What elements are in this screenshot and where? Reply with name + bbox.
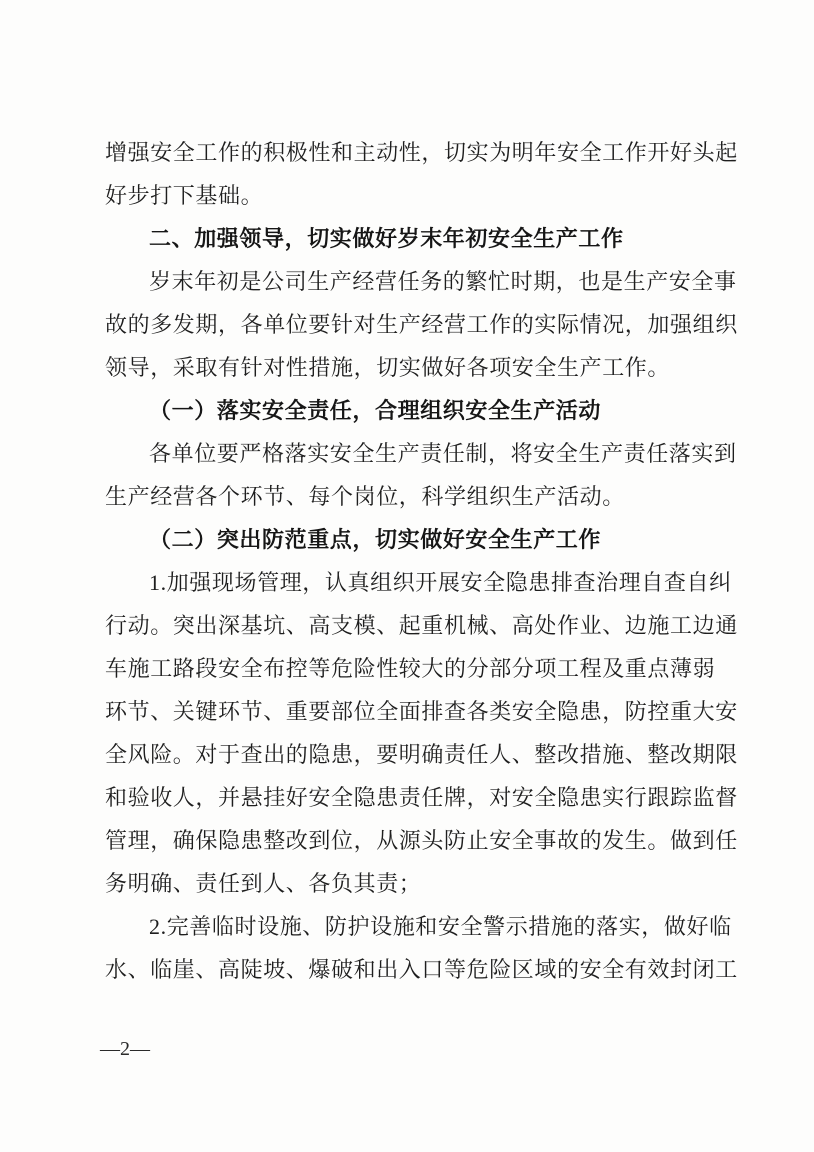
text-line: 全风险。对于查出的隐患，要明确责任人、整改措施、整改期限 [105,733,741,776]
text-line: 生产经营各个环节、每个岗位，科学组织生产活动。 [105,475,741,518]
text-line: 行动。突出深基坑、高支模、起重机械、高处作业、边施工边通 [105,604,741,647]
text-line: 领导，采取有针对性措施，切实做好各项安全生产工作。 [105,346,741,389]
text-line: 好步打下基础。 [105,174,741,217]
document-body: 增强安全工作的积极性和主动性，切实为明年安全工作开好头起好步打下基础。二、加强领… [105,131,741,991]
text-line: 车施工路段安全布控等危险性较大的分部分项工程及重点薄弱 [105,647,741,690]
heading-block: （一）落实安全责任，合理组织安全生产活动 [105,389,741,432]
heading-line: （一）落实安全责任，合理组织安全生产活动 [105,389,741,432]
heading-block: （二）突出防范重点，切实做好安全生产工作 [105,518,741,561]
text-line: 2.完善临时设施、防护设施和安全警示措施的落实，做好临 [105,905,741,948]
paragraph-block: 各单位要严格落实安全生产责任制，将安全生产责任落实到生产经营各个环节、每个岗位，… [105,432,741,518]
paragraph-block: 增强安全工作的积极性和主动性，切实为明年安全工作开好头起好步打下基础。 [105,131,741,217]
text-line: 环节、关键环节、重要部位全面排查各类安全隐患，防控重大安 [105,690,741,733]
text-line: 管理，确保隐患整改到位，从源头防止安全事故的发生。做到任 [105,819,741,862]
heading-line: （二）突出防范重点，切实做好安全生产工作 [105,518,741,561]
paragraph-block: 2.完善临时设施、防护设施和安全警示措施的落实，做好临水、临崖、高陡坡、爆破和出… [105,905,741,991]
text-line: 务明确、责任到人、各负其责； [105,862,741,905]
heading-line: 二、加强领导，切实做好岁末年初安全生产工作 [105,217,741,260]
text-line: 增强安全工作的积极性和主动性，切实为明年安全工作开好头起 [105,131,741,174]
text-line: 故的多发期，各单位要针对生产经营工作的实际情况，加强组织 [105,303,741,346]
paragraph-block: 1.加强现场管理，认真组织开展安全隐患排查治理自查自纠行动。突出深基坑、高支模、… [105,561,741,905]
text-line: 水、临崖、高陡坡、爆破和出入口等危险区域的安全有效封闭工 [105,948,741,991]
text-line: 1.加强现场管理，认真组织开展安全隐患排查治理自查自纠 [105,561,741,604]
text-line: 岁末年初是公司生产经营任务的繁忙时期，也是生产安全事 [105,260,741,303]
text-line: 各单位要严格落实安全生产责任制，将安全生产责任落实到 [105,432,741,475]
document-page: 增强安全工作的积极性和主动性，切实为明年安全工作开好头起好步打下基础。二、加强领… [0,0,814,1152]
text-line: 和验收人，并悬挂好安全隐患责任牌，对安全隐患实行跟踪监督 [105,776,741,819]
heading-block: 二、加强领导，切实做好岁末年初安全生产工作 [105,217,741,260]
paragraph-block: 岁末年初是公司生产经营任务的繁忙时期，也是生产安全事故的多发期，各单位要针对生产… [105,260,741,389]
page-number: —2— [100,1038,150,1061]
